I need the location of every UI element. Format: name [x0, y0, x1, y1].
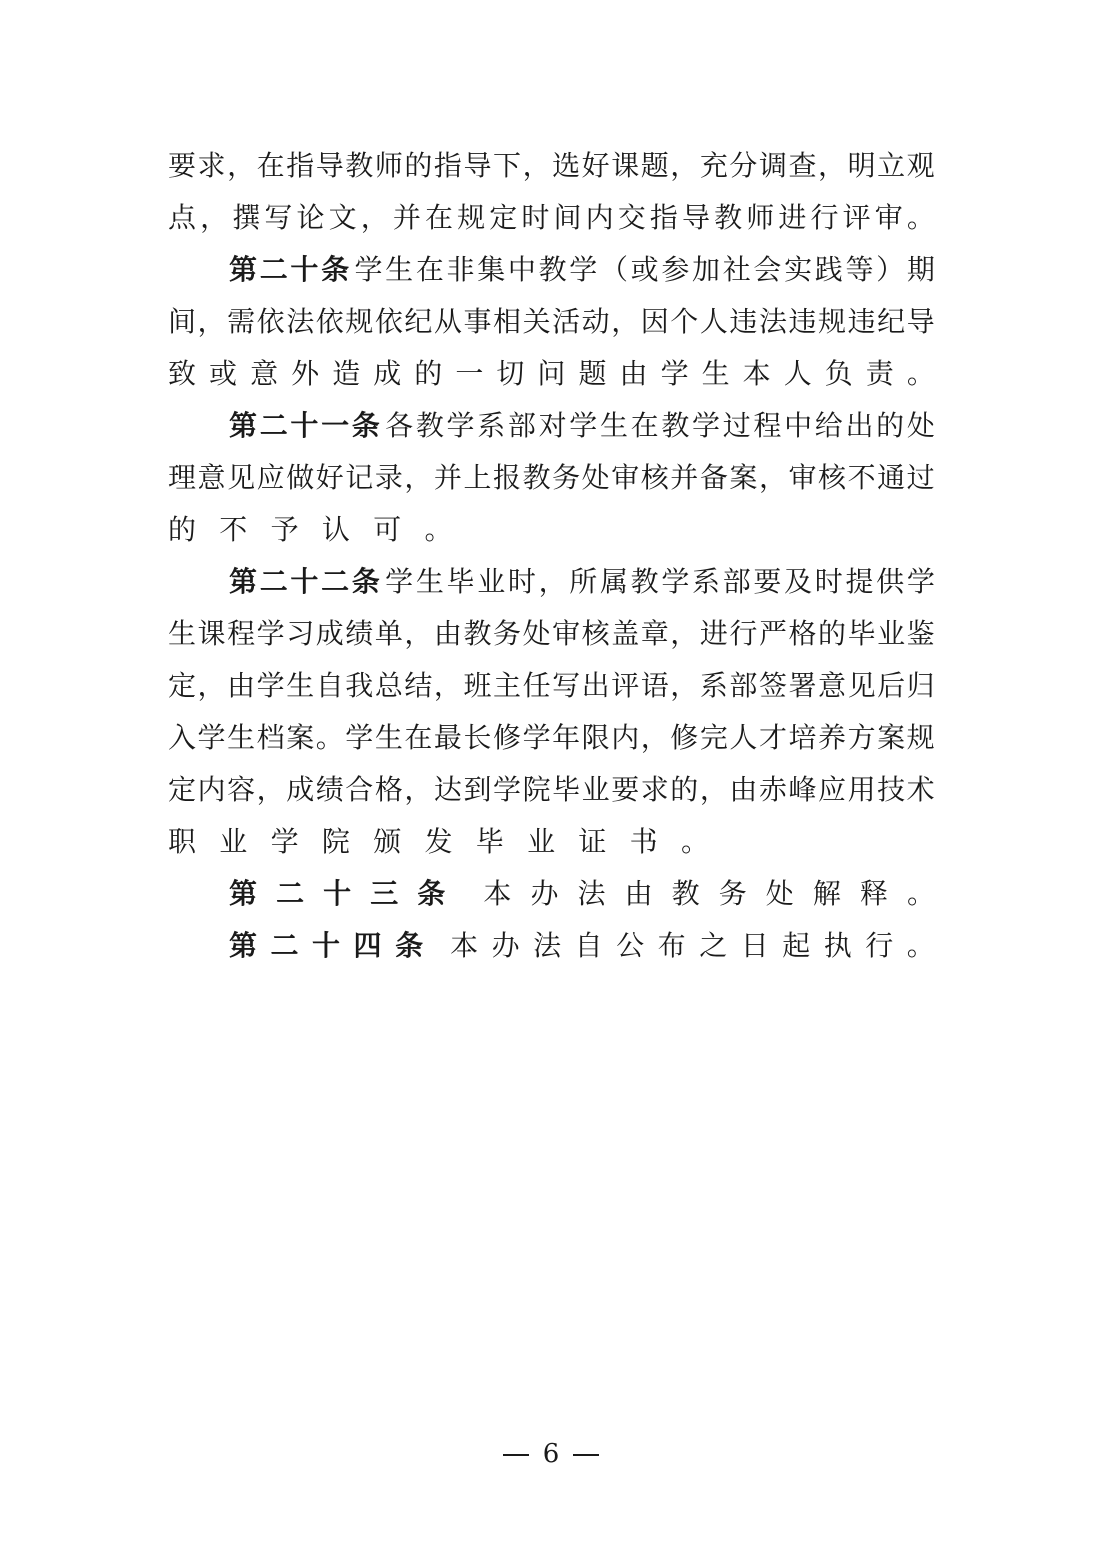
text-line: 间，需依法依规依纪从事相关活动，因个人违法违规违纪导: [168, 296, 935, 348]
text-char: 题: [641, 140, 669, 192]
text-char: 要: [168, 140, 196, 192]
text-char: 核: [582, 608, 610, 660]
text-char: 点: [168, 192, 196, 244]
article-heading-char: 二: [276, 868, 304, 920]
article-heading-char: 条: [352, 400, 380, 452]
text-char: 审: [875, 192, 903, 244]
text-char: 部: [508, 400, 536, 452]
text-char: ，: [404, 608, 432, 660]
text-char: ）: [876, 244, 904, 296]
text-char: 录: [375, 452, 403, 504]
text-char: 颁: [373, 816, 401, 868]
text-char: 合: [345, 764, 373, 816]
text-char: 部: [723, 556, 751, 608]
text-char: 教: [539, 244, 567, 296]
text-line: 生课程学习成绩单，由教务处审核盖章，进行严格的毕业鉴: [168, 608, 935, 660]
text-char: 文: [329, 192, 357, 244]
text-char: 违: [729, 296, 757, 348]
text-char: 业: [877, 608, 905, 660]
text-char: 学: [661, 348, 689, 400]
text-char: 归: [907, 660, 935, 712]
text-char: 业: [527, 816, 555, 868]
text-line: 定，由学生自我总结，班主任写出评语，系部签署意见后归: [168, 660, 935, 712]
text-char: 出: [845, 400, 873, 452]
text-char: 公: [616, 920, 644, 972]
text-char: 峰: [788, 764, 816, 816]
text-char: （: [600, 244, 628, 296]
text-char: 单: [375, 608, 403, 660]
text-char: 致: [168, 348, 196, 400]
paragraph-article-21: 第二十一条各教学系部对学生在教学过程中给出的处理意见应做好记录，并上报教务处审核…: [168, 400, 935, 556]
text-char: ，: [670, 608, 698, 660]
text-char: 院: [322, 816, 350, 868]
text-char: 程: [753, 400, 781, 452]
paragraph-article-23: 第二十三条本办法由教务处解释。: [168, 868, 935, 920]
text-char: 行: [865, 920, 893, 972]
text-char: 活: [552, 296, 580, 348]
text-char: 应: [257, 452, 285, 504]
text-char: 时: [815, 556, 843, 608]
text-char: 对: [539, 400, 567, 452]
text-char: 达: [434, 764, 462, 816]
text-char: 审: [552, 608, 580, 660]
text-line: 第二十三条本办法由教务处解释。: [168, 868, 935, 920]
text-char: 非: [447, 244, 475, 296]
text-char: 任: [523, 660, 551, 712]
article-heading-char: 第: [229, 244, 257, 296]
text-char: 我: [345, 660, 373, 712]
article-heading-char: 二: [260, 244, 288, 296]
text-char: 年: [552, 712, 580, 764]
text-char: 人: [729, 712, 757, 764]
text-char: 结: [404, 660, 432, 712]
text-char: 导: [682, 192, 710, 244]
text-char: ，: [818, 140, 846, 192]
text-char: 程: [227, 608, 255, 660]
text-char: 规: [818, 296, 846, 348]
text-char: 报: [493, 452, 521, 504]
text-char: 案: [286, 712, 314, 764]
text-char: 人: [784, 348, 812, 400]
text-char: 。: [907, 348, 935, 400]
text-char: 学: [493, 764, 521, 816]
text-char: 参: [661, 244, 689, 296]
text-char: 业: [582, 764, 610, 816]
text-char: 由: [227, 660, 255, 712]
text-char: ，: [539, 556, 567, 608]
text-char: 的: [168, 504, 196, 556]
text-char: ，: [227, 140, 255, 192]
text-char: 学: [569, 400, 597, 452]
text-char: 最: [434, 712, 462, 764]
text-char: 调: [759, 140, 787, 192]
text-char: 培: [788, 712, 816, 764]
article-heading-char: 条: [417, 868, 445, 920]
text-char: 审: [611, 452, 639, 504]
text-char: 生: [375, 712, 403, 764]
text-char: 个: [670, 296, 698, 348]
text-char: 等: [845, 244, 873, 296]
text-char: 生: [702, 348, 730, 400]
text-char: ，: [759, 452, 787, 504]
text-char: 或: [209, 348, 237, 400]
text-char: 上: [463, 452, 491, 504]
text-char: 从: [434, 296, 462, 348]
text-char: 分: [729, 140, 757, 192]
text-char: 的: [670, 764, 698, 816]
text-line: 入学生档案。学生在最长修学年限内，修完人才培养方案规: [168, 712, 935, 764]
text-char: 署: [788, 660, 816, 712]
text-char: 内: [586, 192, 614, 244]
text-char: 动: [582, 296, 610, 348]
text-char: 导: [907, 296, 935, 348]
text-char: 由: [620, 348, 648, 400]
article-heading-char: 二: [321, 556, 349, 608]
text-char: 生: [416, 556, 444, 608]
text-char: 属: [600, 556, 628, 608]
text-char: 教: [672, 868, 700, 920]
text-char: ，: [670, 660, 698, 712]
text-char: 严: [759, 608, 787, 660]
text-char: 办: [492, 920, 520, 972]
text-char: ，: [198, 296, 226, 348]
text-char: 法: [759, 296, 787, 348]
text-char: 定: [168, 660, 196, 712]
text-char: 的: [876, 400, 904, 452]
text-char: 教: [463, 608, 491, 660]
text-char: 行: [729, 608, 757, 660]
text-char: 过: [907, 452, 935, 504]
text-char: 。: [907, 868, 935, 920]
article-heading-char: 二: [260, 556, 288, 608]
text-char: 班: [463, 660, 491, 712]
article-heading-char: 十: [290, 400, 318, 452]
text-char: 见: [227, 452, 255, 504]
text-char: 提: [845, 556, 873, 608]
text-char: 处: [766, 868, 794, 920]
text-char: 立: [877, 140, 905, 192]
text-char: 核: [818, 452, 846, 504]
text-line: 职业学院颁发毕业证书。: [168, 816, 935, 868]
text-char: 学: [523, 712, 551, 764]
text-char: 下: [493, 140, 521, 192]
article-heading-char: 条: [395, 920, 423, 972]
text-char: 求: [641, 764, 669, 816]
text-char: 相: [493, 296, 521, 348]
text-char: 章: [641, 608, 669, 660]
text-char: 院: [523, 764, 551, 816]
text-char: 认: [322, 504, 350, 556]
text-char: 主: [493, 660, 521, 712]
text-char: 书: [630, 816, 658, 868]
text-char: 务: [493, 608, 521, 660]
text-char: 课: [611, 140, 639, 192]
text-char: 写: [552, 660, 580, 712]
article-heading-char: 一: [321, 400, 349, 452]
text-char: 所: [569, 556, 597, 608]
article-heading-char: 第: [229, 868, 257, 920]
text-char: 明: [848, 140, 876, 192]
article-heading-char: 三: [370, 868, 398, 920]
text-char: 内: [198, 764, 226, 816]
text-char: 学: [385, 556, 413, 608]
article-heading-char: 第: [229, 400, 257, 452]
text-char: 及: [784, 556, 812, 608]
paragraph-continuation: 要求，在指导教师的指导下，选好课题，充分调查，明立观点，撰写论文，并在规定时间内…: [168, 140, 935, 244]
text-char: 限: [582, 712, 610, 764]
text-line: 第二十二条学生毕业时，所属教学系部要及时提供学: [168, 556, 935, 608]
text-char: 的: [404, 140, 432, 192]
text-char: 论: [297, 192, 325, 244]
article-heading-char: 十: [312, 920, 340, 972]
text-char: 中: [784, 400, 812, 452]
text-char: 部: [729, 660, 757, 712]
text-char: 审: [788, 452, 816, 504]
text-char: 各: [385, 400, 413, 452]
text-char: 执: [824, 920, 852, 972]
text-char: 教: [631, 556, 659, 608]
text-char: 业: [477, 556, 505, 608]
text-char: 由: [434, 608, 462, 660]
text-char: 之: [699, 920, 727, 972]
text-char: 社: [723, 244, 751, 296]
text-char: 并: [434, 452, 462, 504]
text-char: 内: [611, 712, 639, 764]
text-char: 不: [848, 452, 876, 504]
text-char: 办: [530, 868, 558, 920]
text-char: 不: [219, 504, 247, 556]
text-char: 撰: [232, 192, 260, 244]
text-char: 求: [198, 140, 226, 192]
text-line: 定内容，成绩合格，达到学院毕业要求的，由赤峰应用技术: [168, 764, 935, 816]
text-char: 解: [813, 868, 841, 920]
text-char: 指: [434, 140, 462, 192]
text-char: 鉴: [907, 608, 935, 660]
text-char: 依: [257, 296, 285, 348]
article-heading-char: 四: [354, 920, 382, 972]
text-char: 违: [848, 296, 876, 348]
text-char: 间: [554, 192, 582, 244]
text-char: 事: [463, 296, 491, 348]
text-char: 行: [811, 192, 839, 244]
text-char: 方: [848, 712, 876, 764]
text-char: 本: [450, 920, 478, 972]
text-char: 导: [316, 140, 344, 192]
text-char: 意: [818, 660, 846, 712]
text-char: 由: [625, 868, 653, 920]
text-char: 切: [496, 348, 524, 400]
text-char: 业: [219, 816, 247, 868]
text-char: 的: [414, 348, 442, 400]
text-char: 法: [533, 920, 561, 972]
text-char: ，: [404, 764, 432, 816]
text-char: 依: [375, 296, 403, 348]
text-char: 加: [692, 244, 720, 296]
text-char: 指: [650, 192, 678, 244]
text-char: 意: [198, 452, 226, 504]
dash-left: [503, 1454, 529, 1456]
text-char: 术: [907, 764, 935, 816]
text-char: 需: [227, 296, 255, 348]
text-char: 违: [788, 296, 816, 348]
text-char: 过: [723, 400, 751, 452]
text-char: 长: [463, 712, 491, 764]
text-char: 因: [641, 296, 669, 348]
text-char: 备: [700, 452, 728, 504]
text-char: 自: [575, 920, 603, 972]
text-char: 教: [523, 452, 551, 504]
text-char: 系: [477, 400, 505, 452]
text-char: 生: [168, 608, 196, 660]
text-char: 成: [286, 764, 314, 816]
text-char: 生: [385, 244, 413, 296]
text-char: 查: [788, 140, 816, 192]
text-char: 师: [375, 140, 403, 192]
text-char: ，: [361, 192, 389, 244]
article-heading-char: 十: [290, 556, 318, 608]
text-char: 。: [424, 504, 452, 556]
text-char: 学: [661, 556, 689, 608]
text-char: 予: [271, 504, 299, 556]
text-char: 选: [552, 140, 580, 192]
text-char: 负: [825, 348, 853, 400]
text-char: 自: [316, 660, 344, 712]
text-char: 用: [848, 764, 876, 816]
text-char: 造: [332, 348, 360, 400]
text-char: 语: [641, 660, 669, 712]
text-char: 学: [354, 244, 382, 296]
document-page: 要求，在指导教师的指导下，选好课题，充分调查，明立观点，撰写论文，并在规定时间内…: [0, 0, 1102, 1559]
text-char: 时: [508, 556, 536, 608]
text-char: 习: [286, 608, 314, 660]
text-char: 学: [257, 660, 285, 712]
text-char: 档: [257, 712, 285, 764]
text-line: 点，撰写论文，并在规定时间内交指导教师进行评审。: [168, 192, 935, 244]
text-char: 在: [631, 400, 659, 452]
text-char: 修: [670, 712, 698, 764]
text-char: 职: [168, 816, 196, 868]
text-char: 完: [700, 712, 728, 764]
text-char: 纪: [404, 296, 432, 348]
text-char: 盖: [611, 608, 639, 660]
text-char: 。: [681, 816, 709, 868]
text-char: ，: [523, 140, 551, 192]
text-char: 学: [569, 244, 597, 296]
dash-right: [573, 1454, 599, 1456]
paragraph-article-20: 第二十条学生在非集中教学（或参加社会实践等）期间，需依法依规依纪从事相关活动，因…: [168, 244, 935, 400]
text-char: 间: [168, 296, 196, 348]
text-char: 入: [168, 712, 196, 764]
text-char: 格: [788, 608, 816, 660]
article-heading-char: 条: [321, 244, 349, 296]
text-char: 毕: [476, 816, 504, 868]
text-char: 生: [286, 660, 314, 712]
text-char: 学: [907, 556, 935, 608]
text-char: 要: [753, 556, 781, 608]
text-char: 好: [316, 452, 344, 504]
text-char: 给: [815, 400, 843, 452]
text-char: 评: [843, 192, 871, 244]
text-char: 学: [447, 400, 475, 452]
text-char: 定: [168, 764, 196, 816]
text-char: 关: [523, 296, 551, 348]
article-heading-char: 十: [323, 868, 351, 920]
text-char: ，: [200, 192, 228, 244]
text-char: 起: [782, 920, 810, 972]
text-line: 致或意外造成的一切问题由学生本人负责。: [168, 348, 935, 400]
text-char: 并: [393, 192, 421, 244]
text-char: 意: [250, 348, 278, 400]
text-char: 教: [345, 140, 373, 192]
text-char: 发: [424, 816, 452, 868]
text-char: 中: [508, 244, 536, 296]
text-char: 指: [286, 140, 314, 192]
text-char: 签: [759, 660, 787, 712]
paragraph-article-24: 第二十四条本办法自公布之日起执行。: [168, 920, 935, 972]
text-char: 应: [818, 764, 846, 816]
text-char: 交: [618, 192, 646, 244]
text-char: 会: [753, 244, 781, 296]
text-char: 到: [463, 764, 491, 816]
text-char: 系: [692, 556, 720, 608]
text-char: 教: [661, 400, 689, 452]
text-char: 要: [611, 764, 639, 816]
text-char: 生: [600, 400, 628, 452]
article-heading-char: 第: [229, 556, 257, 608]
text-char: 实: [784, 244, 812, 296]
text-char: 法: [578, 868, 606, 920]
text-char: 践: [815, 244, 843, 296]
text-char: 纪: [877, 296, 905, 348]
text-char: 成: [316, 608, 344, 660]
text-char: 在: [257, 140, 285, 192]
text-char: ，: [198, 660, 226, 712]
text-char: 学: [692, 400, 720, 452]
text-char: 日: [741, 920, 769, 972]
text-char: 赤: [759, 764, 787, 816]
article-heading-char: 二: [271, 920, 299, 972]
text-char: 成: [373, 348, 401, 400]
text-char: 务: [719, 868, 747, 920]
text-char: 绩: [345, 608, 373, 660]
text-line: 第二十条学生在非集中教学（或参加社会实践等）期: [168, 244, 935, 296]
text-char: ，: [670, 140, 698, 192]
text-char: 人: [700, 296, 728, 348]
text-char: ，: [641, 712, 669, 764]
text-char: 外: [291, 348, 319, 400]
text-char: 一: [455, 348, 483, 400]
text-char: 由: [729, 764, 757, 816]
text-char: 法: [286, 296, 314, 348]
text-char: 理: [168, 452, 196, 504]
text-char: 并: [670, 452, 698, 504]
text-char: ，: [257, 764, 285, 816]
text-char: 修: [493, 712, 521, 764]
paragraph-article-22: 第二十二条学生毕业时，所属教学系部要及时提供学生课程学习成绩单，由教务处审核盖章…: [168, 556, 935, 868]
text-char: 问: [537, 348, 565, 400]
text-char: 处: [907, 400, 935, 452]
text-char: 题: [578, 348, 606, 400]
text-char: 在: [404, 712, 432, 764]
article-heading-char: 二: [260, 400, 288, 452]
text-char: 毕: [447, 556, 475, 608]
text-char: 期: [907, 244, 935, 296]
text-char: 生: [227, 712, 255, 764]
text-char: 系: [700, 660, 728, 712]
text-char: 好: [582, 140, 610, 192]
text-char: 集: [477, 244, 505, 296]
text-char: 供: [876, 556, 904, 608]
